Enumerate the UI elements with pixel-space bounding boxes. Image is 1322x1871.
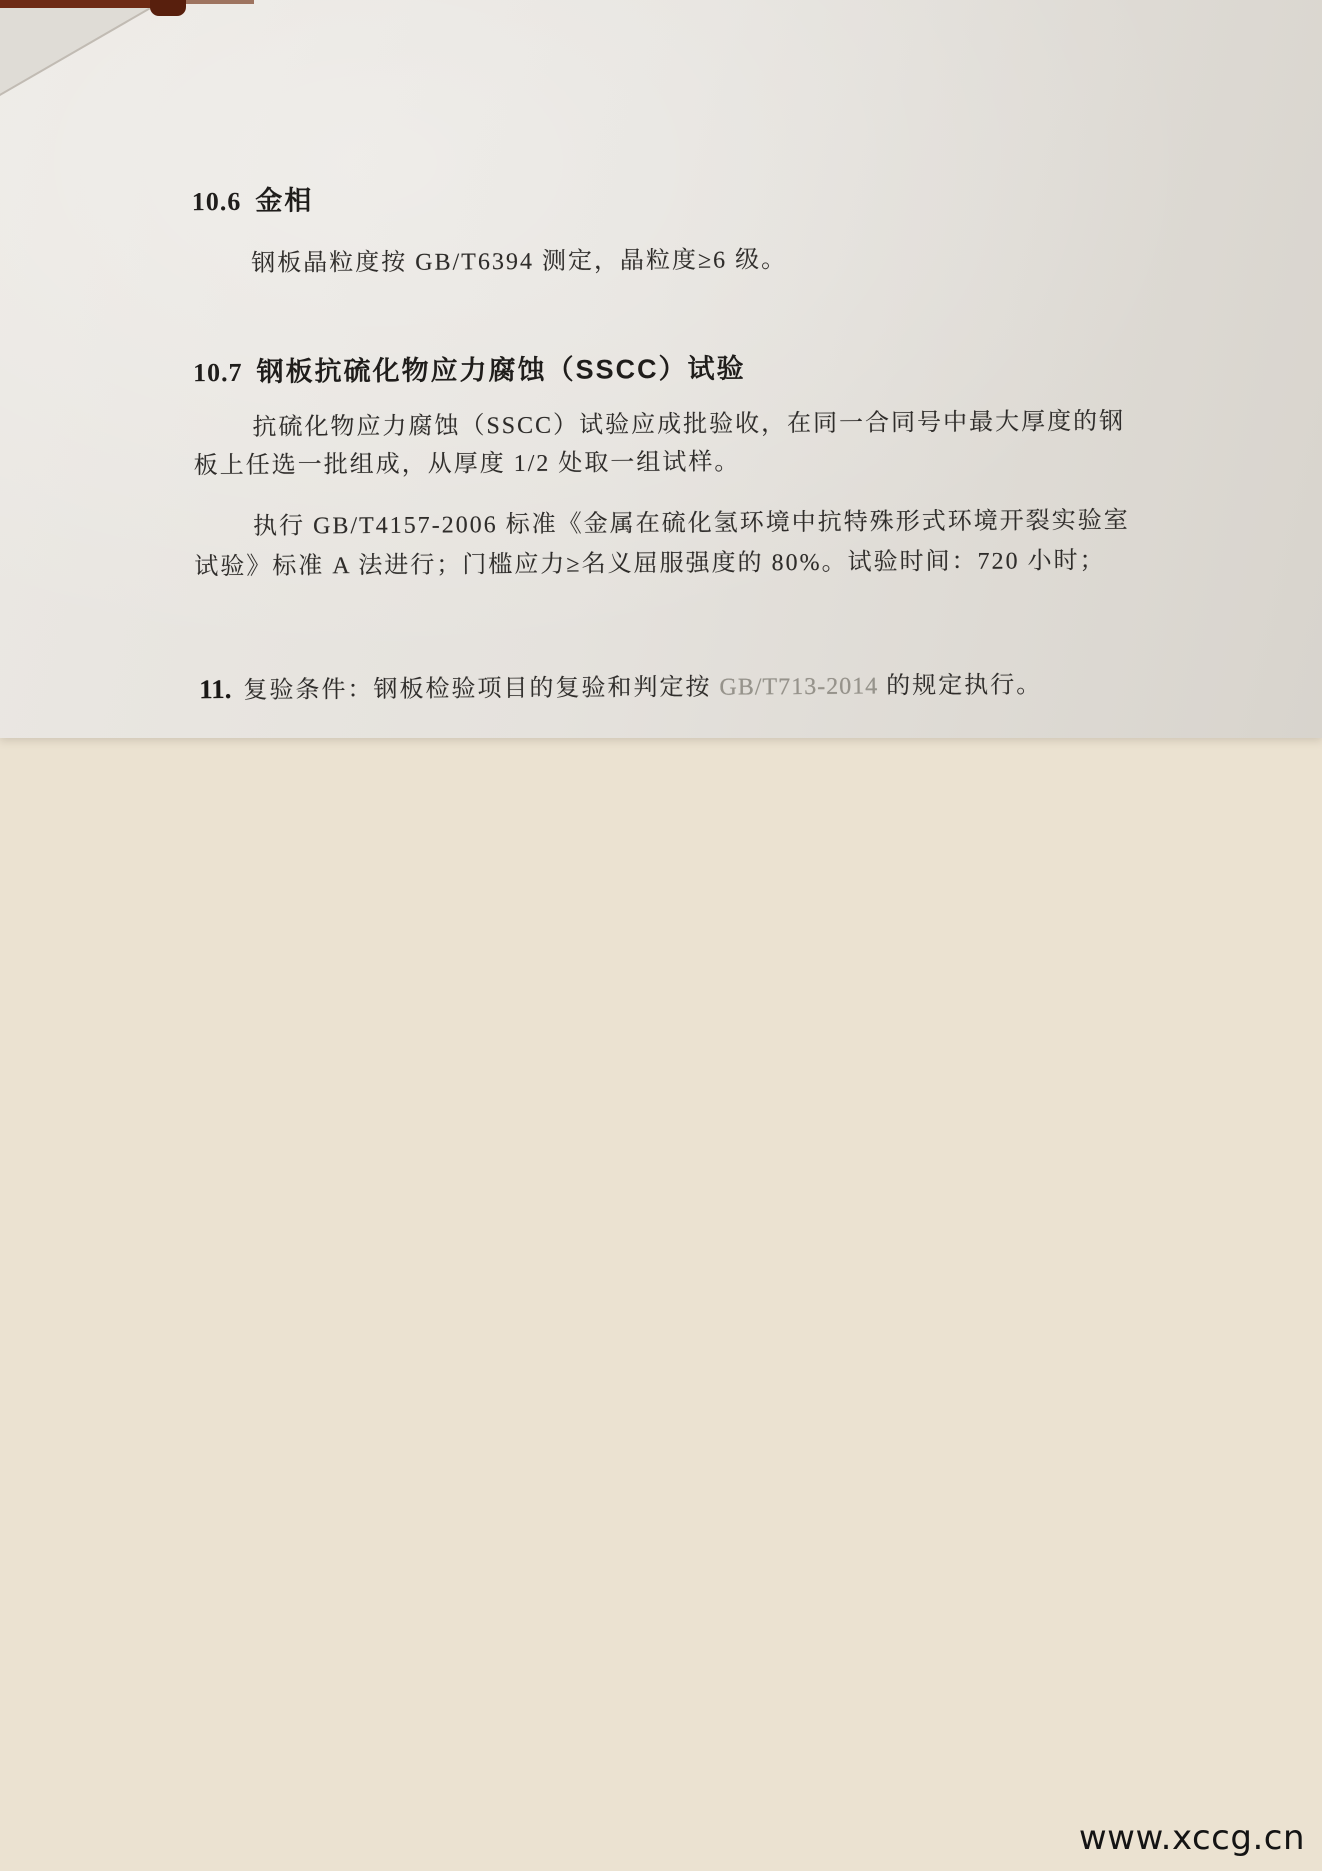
section-10-7-title: 钢板抗硫化物应力腐蚀（SSCC）试验: [256, 353, 745, 386]
section-10-6-body: 钢板晶粒度按 GB/T6394 测定，晶粒度≥6 级。: [251, 239, 787, 278]
section-11-number: 11.: [199, 674, 231, 704]
standard-paragraph-line-1: 执行 GB/T4157-2006 标准《金属在硫化氢环境中抗特殊形式环境开裂实验…: [253, 500, 1130, 541]
watermark-url: www.xccg.cn: [1079, 1818, 1305, 1858]
section-11-text-after: 的规定执行。: [878, 672, 1042, 699]
sscc-paragraph-line-2: 板上任选一批组成，从厚度 1/2 处取一组试样。: [194, 441, 741, 480]
section-10-6-heading: 10.6金相: [192, 178, 314, 218]
document-text-block: 10.6金相 钢板晶粒度按 GB/T6394 测定，晶粒度≥6 级。 10.7钢…: [0, 0, 1322, 743]
section-11-line: 11.复验条件：钢板检验项目的复验和判定按 GB/T713-2014 的规定执行…: [199, 664, 1042, 705]
section-11-text-before: 复验条件：钢板检验项目的复验和判定按: [243, 675, 719, 704]
section-11-standard-reference: GB/T713-2014: [719, 673, 878, 700]
document-photo: 10.6金相 钢板晶粒度按 GB/T6394 测定，晶粒度≥6 级。 10.7钢…: [0, 0, 1322, 738]
section-10-6-title: 金相: [255, 185, 313, 215]
section-10-6-number: 10.6: [192, 187, 242, 216]
section-10-7-number: 10.7: [193, 358, 243, 387]
section-10-7-heading: 10.7钢板抗硫化物应力腐蚀（SSCC）试验: [193, 346, 746, 389]
standard-paragraph-line-2: 试验》标准 A 法进行；门槛应力≥名义屈服强度的 80%。试验时间：720 小时…: [194, 540, 1105, 581]
sscc-paragraph-line-1: 抗硫化物应力腐蚀（SSCC）试验应成批验收，在同一合同号中最大厚度的钢: [252, 401, 1125, 442]
